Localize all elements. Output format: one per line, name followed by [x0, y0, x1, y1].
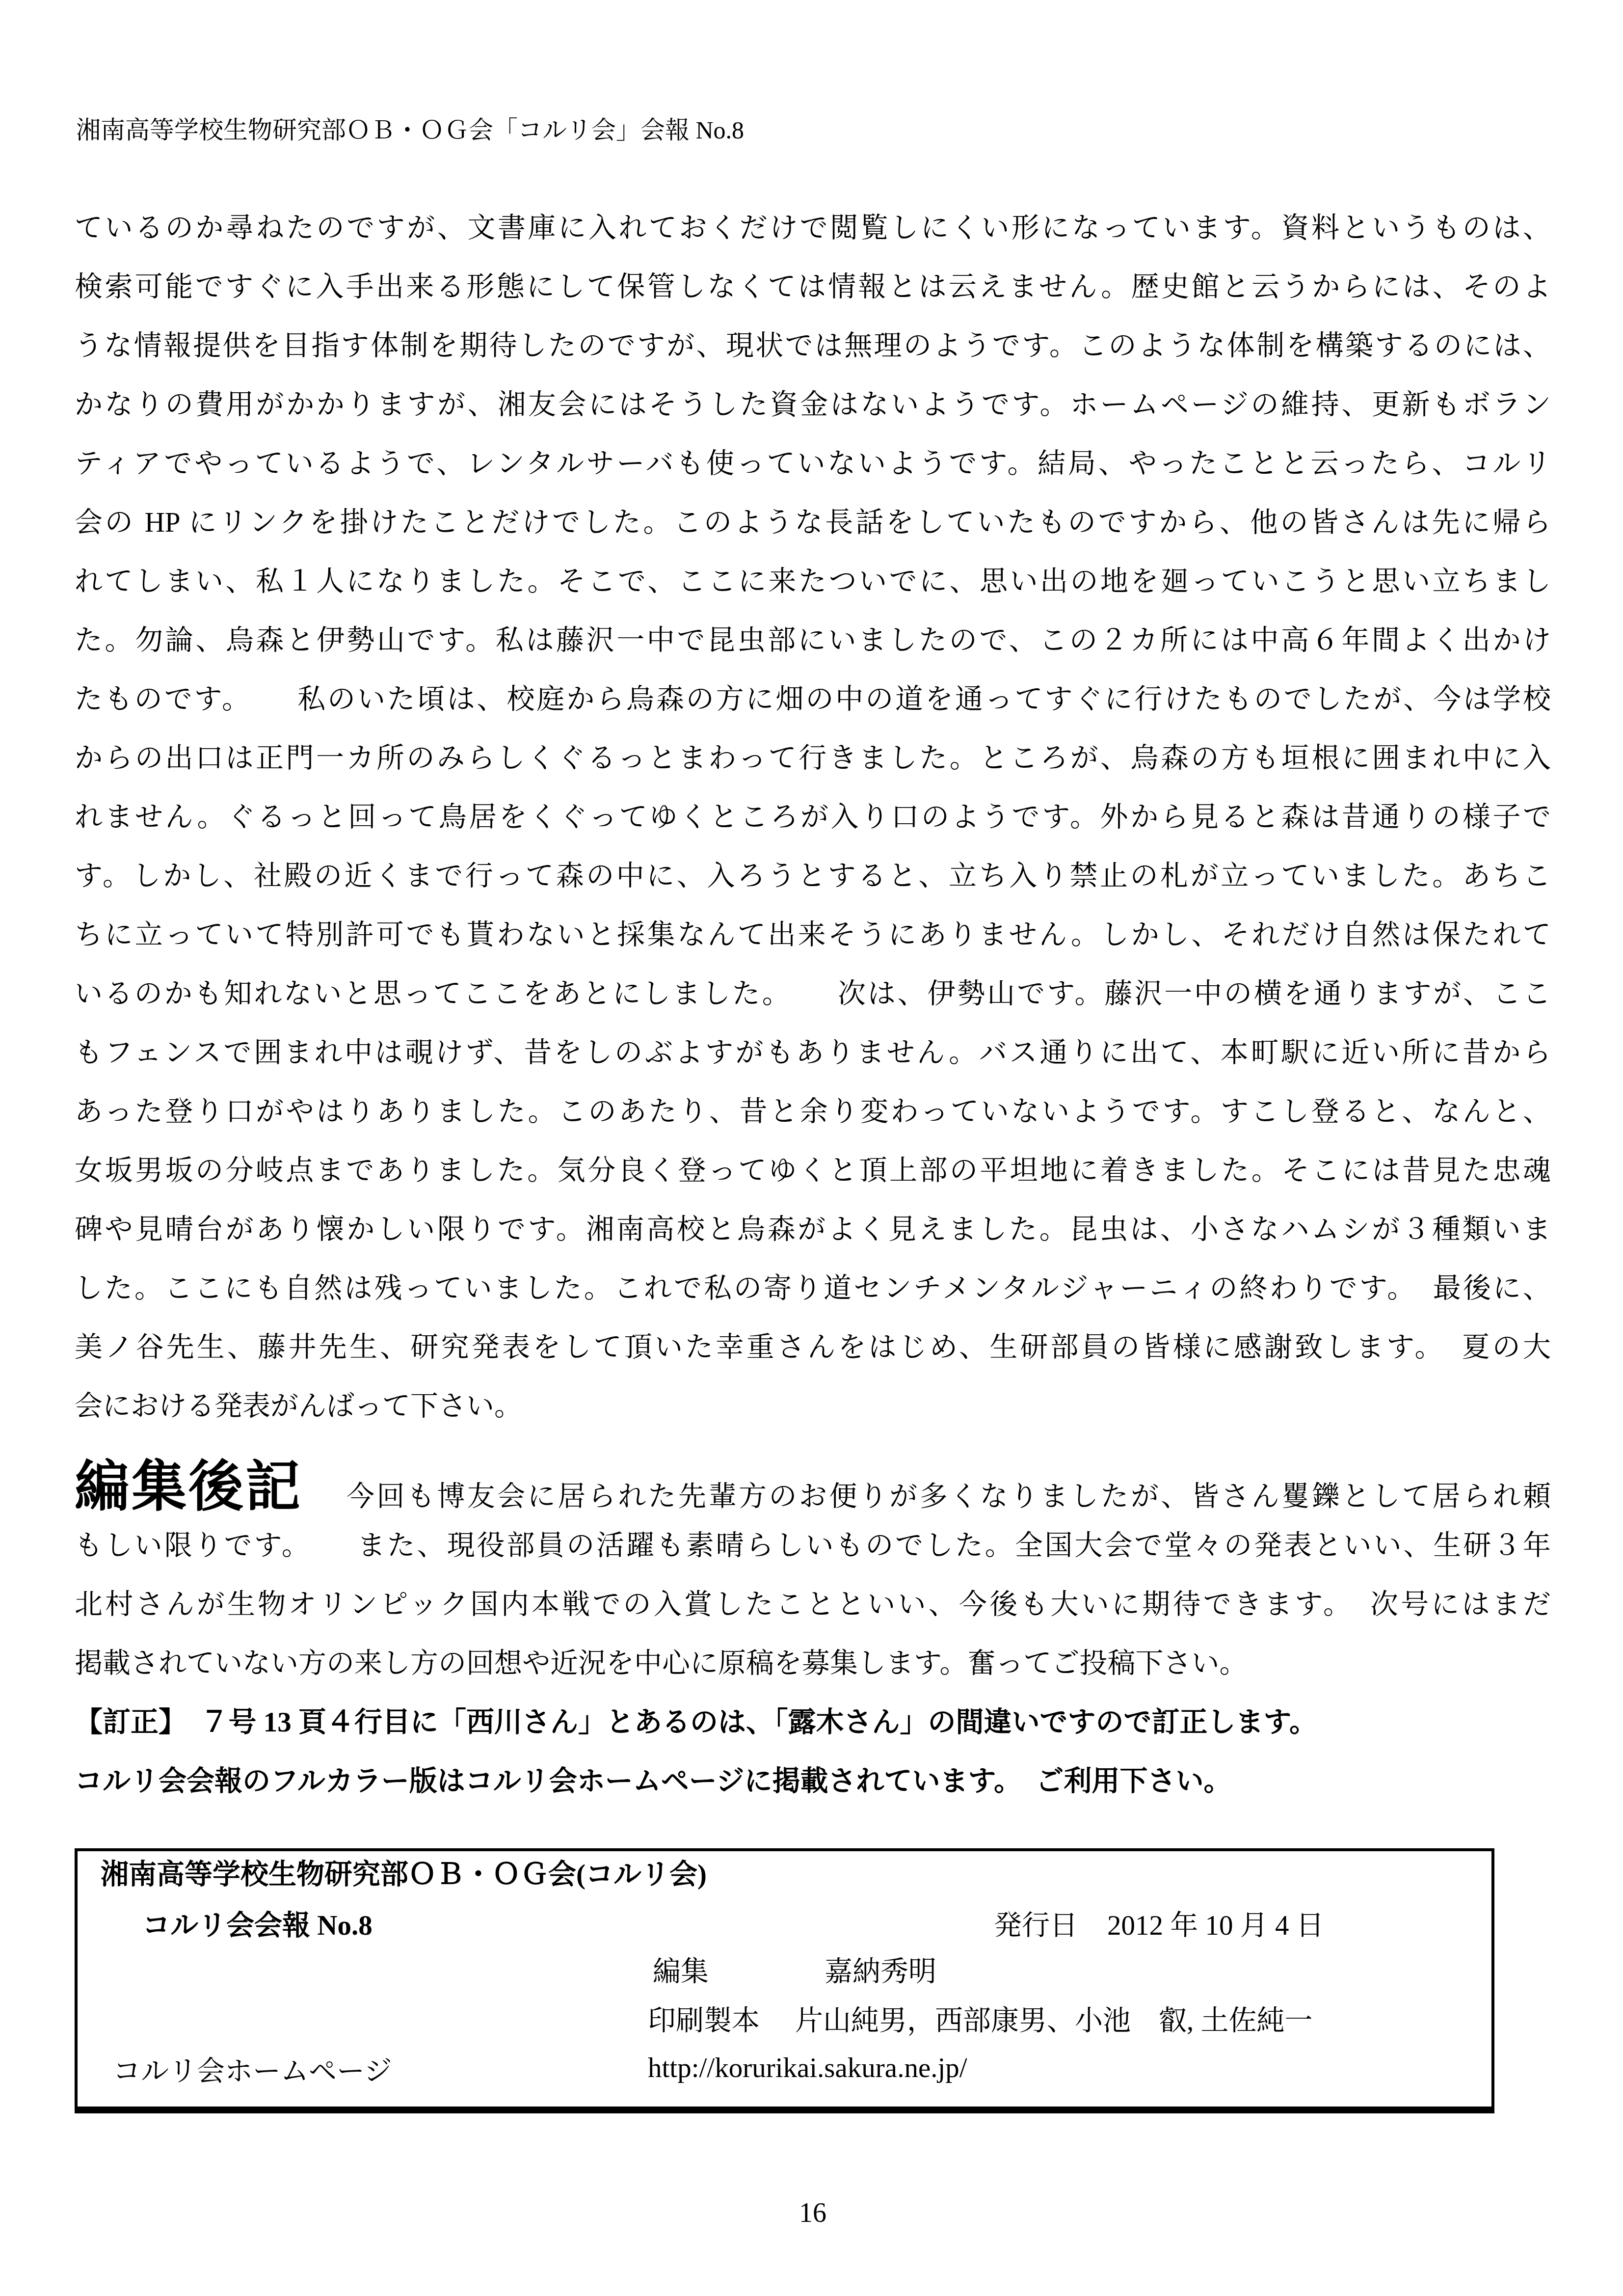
body-line: いるのかも知れないと思ってここをあとにしました。 次は、伊勢山です。藤沢一中の横… — [75, 965, 1551, 1024]
issue-date-label: 発行日 — [994, 1911, 1078, 1941]
body-line: 美ノ谷先生、藤井先生、研究発表をして頂いた幸重さんをはじめ、生研部員の皆様に感謝… — [75, 1318, 1551, 1377]
body-line: 碑や見晴台があり懐かしい限りです。湘南高校と烏森がよく見えました。昆虫は、小さな… — [75, 1200, 1551, 1259]
postscript-line: 掲載されていない方の来し方の回想や近況を中心に原稿を募集します。奮ってご投稿下さ… — [75, 1634, 1551, 1693]
postscript-line: もしい限りです。 また、現役部員の活躍も素晴らしいものでした。全国大会で堂々の発… — [75, 1516, 1551, 1575]
postscript-line: 今回も博友会に居られた先輩方のお便りが多くなりましたが、皆さん矍鑠として居られ頼 — [346, 1474, 1551, 1514]
body-line: した。ここにも自然は残っていました。これで私の寄り道センチメンタルジャーニィの終… — [75, 1259, 1551, 1318]
printer-label: 印刷製本 — [648, 2006, 760, 2036]
editor-label: 編集 — [653, 1957, 709, 1987]
body-line: かなりの費用がかかりますが、湘友会にはそうした資金はないようです。ホームページの… — [75, 376, 1551, 434]
page-header: 湘南高等学校生物研究部ＯＢ・ＯＧ会「コルリ会」会報 No.8 — [76, 113, 744, 147]
body-line: あった登り口がやはりありました。このあたり、昔と余り変わっていないようです。すこ… — [75, 1082, 1551, 1141]
postscript-heading: 編集後記 — [75, 1443, 302, 1516]
body-line: からの出口は正門一カ所のみらしくぐるっとまわって行きました。ところが、烏森の方も… — [75, 729, 1551, 788]
body-line: もフェンスで囲まれ中は覗けず、昔をしのぶよすがもありません。バス通りに出て、本町… — [75, 1024, 1551, 1082]
colophon-box: 湘南高等学校生物研究部ＯＢ・ＯＧ会(コルリ会) コルリ会会報 No.8 発行日 … — [75, 1848, 1494, 2113]
body-line: れません。ぐるっと回って鳥居をくぐってゆくところが入り口のようです。外から見ると… — [75, 788, 1551, 847]
correction-line: 【訂正】 ７号 13 頁４行目に「西川さん」とあるのは、「露木さん」の間違いです… — [75, 1693, 1551, 1752]
postscript-line: 北村さんが生物オリンピック国内本戦での入賞したことといい、今後も大いに期待できま… — [75, 1575, 1551, 1634]
body-line: 会における発表がんばって下さい。 — [75, 1377, 1551, 1436]
body-line: た。勿論、烏森と伊勢山です。私は藤沢一中で昆虫部にいましたので、この２カ所には中… — [75, 611, 1551, 670]
body-line: 会の HP にリンクを掛けたことだけでした。このような長話をしていたものですから… — [75, 493, 1551, 552]
printer-names: 片山純男，西部康男、小池 叡, 土佐純一 — [795, 2006, 1313, 2036]
body-line: ちに立っていて特別許可でも貰わないと採集なんて出来そうにありません。しかし、それ… — [75, 906, 1551, 965]
body-line: たものです。 私のいた頃は、校庭から烏森の方に畑の中の道を通ってすぐに行けたもの… — [75, 670, 1551, 729]
homepage-url: http://korurikai.sakura.ne.jp/ — [648, 2053, 967, 2083]
colophon-organization: 湘南高等学校生物研究部ＯＢ・ＯＧ会(コルリ会) — [101, 1860, 707, 1890]
colophon-bulletin-title: コルリ会会報 No.8 — [142, 1911, 372, 1941]
page-number: 16 — [75, 2193, 1551, 2233]
document-page: 湘南高等学校生物研究部ＯＢ・ＯＧ会「コルリ会」会報 No.8 ているのか尋ねたの… — [0, 0, 1623, 2296]
body-line: 検索可能ですぐに入手出来る形態にして保管しなくては情報とは云えません。歴史館と云… — [75, 258, 1551, 317]
body-line: れてしまい、私１人になりました。そこで、ここに来たついでに、思い出の地を廻ってい… — [75, 552, 1551, 611]
article-body: ているのか尋ねたのですが、文書庫に入れておくだけで閲覧しにくい形になっています。… — [75, 199, 1551, 1811]
editor-name: 嘉納秀明 — [825, 1957, 936, 1987]
issue-date-value: 2012 年 10 月 4 日 — [1107, 1911, 1324, 1941]
body-line: ているのか尋ねたのですが、文書庫に入れておくだけで閲覧しにくい形になっています。… — [75, 199, 1551, 258]
fullcolor-notice-line: コルリ会会報のフルカラー版はコルリ会ホームページに掲載されています。 ご利用下さ… — [75, 1752, 1551, 1811]
body-line: す。しかし、社殿の近くまで行って森の中に、入ろうとすると、立ち入り禁止の札が立っ… — [75, 847, 1551, 906]
body-line: ティアでやっているようで、レンタルサーバも使っていないようです。結局、やったこと… — [75, 434, 1551, 493]
body-line: うな情報提供を目指す体制を期待したのですが、現状では無理のようです。このような体… — [75, 317, 1551, 376]
postscript-first-row: 編集後記 今回も博友会に居られた先輩方のお便りが多くなりましたが、皆さん矍鑠とし… — [75, 1443, 1551, 1516]
body-line: 女坂男坂の分岐点までありました。気分良く登ってゆくと頂上部の平坦地に着きました。… — [75, 1141, 1551, 1200]
homepage-label: コルリ会ホームページ — [113, 2057, 392, 2086]
